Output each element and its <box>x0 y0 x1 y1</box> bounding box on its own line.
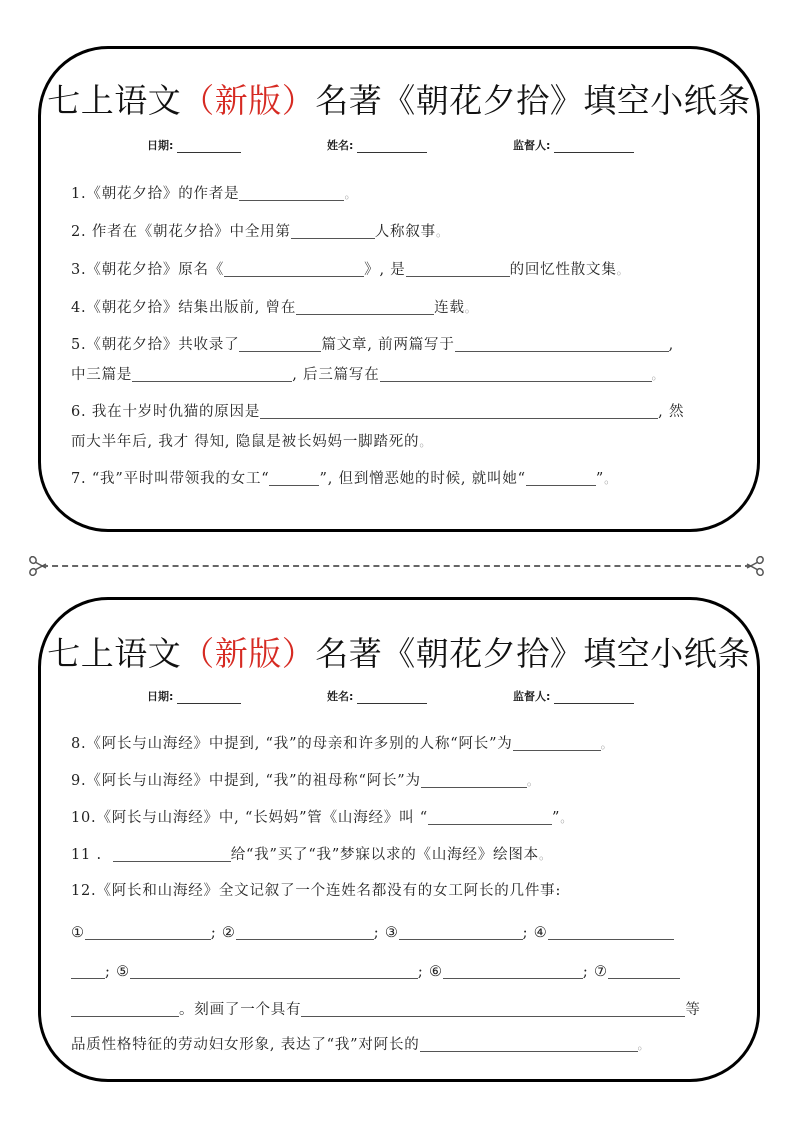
q12-blank-traits[interactable] <box>301 998 685 1017</box>
q9-period: 。 <box>527 774 540 788</box>
date-blank[interactable] <box>177 140 241 153</box>
question-12-line-4: 品质性格特征的劳动妇女形象, 表达了“我”对阿长的。 <box>71 1028 733 1063</box>
separator: ; <box>374 925 380 941</box>
meta-row: 日期: 姓名: 监督人: <box>41 137 757 155</box>
q7-text: 7. “我”平时叫带领我的女工“ <box>71 471 269 487</box>
q1-period: 。 <box>344 187 357 201</box>
q12-blank-7[interactable] <box>608 960 680 979</box>
q3-text-b: 》, 是 <box>364 262 405 278</box>
q12-blank-6[interactable] <box>443 960 583 979</box>
q12-period: 。 <box>638 1038 651 1052</box>
q3-period: 。 <box>617 263 630 277</box>
question-12-line-1: ①; ②; ③; ④ <box>71 916 733 951</box>
q12-text-etc: 等 <box>685 1002 700 1018</box>
cut-line-divider <box>28 556 765 576</box>
supervisor-label: 监督人: <box>513 690 550 703</box>
date-field[interactable]: 日期: <box>147 137 241 153</box>
q12-text-depict: 。刻画了一个具有 <box>179 1002 301 1018</box>
card-title: 七上语文（新版）名著《朝花夕拾》填空小纸条 <box>41 628 757 675</box>
q5-blank-1[interactable] <box>239 333 321 352</box>
name-field[interactable]: 姓名: <box>327 688 427 704</box>
q12-blank-5[interactable] <box>130 960 418 979</box>
date-label: 日期: <box>147 690 173 703</box>
q5-text-e: , 后三篇写在 <box>292 367 379 383</box>
question-6: 6. 我在十岁时仇猫的原因是, 然 而大半年后, 我才 得知, 隐鼠是被长妈妈一… <box>71 397 733 457</box>
question-9: 9.《阿长与山海经》中提到, “我”的祖母称“阿长”为。 <box>71 764 733 799</box>
q3-text: 3.《朝花夕拾》原名《 <box>71 262 224 278</box>
q12-blank-feeling[interactable] <box>420 1033 638 1052</box>
question-12-line-3: 。刻画了一个具有等 <box>71 993 733 1028</box>
separator: ; <box>583 964 589 980</box>
scissors-icon <box>28 556 48 576</box>
date-field[interactable]: 日期: <box>147 688 241 704</box>
dashed-line <box>42 565 751 567</box>
q12-text-express: 品质性格特征的劳动妇女形象, 表达了“我”对阿长的 <box>71 1037 420 1053</box>
q4-text: 4.《朝花夕拾》结集出版前, 曾在 <box>71 300 296 316</box>
q2-period: 。 <box>436 225 449 239</box>
q12-blank-2[interactable] <box>236 921 374 940</box>
q5-text-b: 篇文章, 前两篇写于 <box>321 337 454 353</box>
q7-period: 。 <box>604 472 617 486</box>
q12-blank-7-cont[interactable] <box>71 998 179 1017</box>
q11-blank[interactable] <box>113 843 231 862</box>
mark-5: ⑤ <box>116 964 130 980</box>
q7-text-b: ”, 但到憎恶她的时候, 就叫她“ <box>319 471 525 487</box>
q5-blank-4[interactable] <box>380 363 652 382</box>
q8-text: 8.《阿长与山海经》中提到, “我”的母亲和许多别的人称“阿长”为 <box>71 736 513 752</box>
q12-intro: 12.《阿长和山海经》全文记叙了一个连姓名都没有的女工阿长的几件事: <box>71 883 561 899</box>
q5-period: 。 <box>652 368 665 382</box>
title-prefix: 七上语文 <box>47 81 181 120</box>
question-7: 7. “我”平时叫带领我的女工“”, 但到憎恶她的时候, 就叫她“”。 <box>71 462 733 497</box>
question-8: 8.《阿长与山海经》中提到, “我”的母亲和许多别的人称“阿长”为。 <box>71 727 733 762</box>
question-12-line-2: ; ⑤; ⑥; ⑦ <box>71 955 733 990</box>
supervisor-field[interactable]: 监督人: <box>513 137 634 153</box>
title-new-edition: （新版） <box>181 81 315 120</box>
q9-blank[interactable] <box>421 769 527 788</box>
question-2: 2. 作者在《朝花夕拾》中全用第人称叙事。 <box>71 215 733 250</box>
name-field[interactable]: 姓名: <box>327 137 427 153</box>
title-suffix: 名著《朝花夕拾》填空小纸条 <box>315 81 751 120</box>
separator: ; <box>105 964 111 980</box>
q2-text-b: 人称叙事 <box>375 224 436 240</box>
supervisor-field[interactable]: 监督人: <box>513 688 634 704</box>
q5-text-c: , <box>669 337 674 353</box>
separator: ; <box>523 925 529 941</box>
q1-blank[interactable] <box>239 182 344 201</box>
q1-text: 1.《朝花夕拾》的作者是 <box>71 186 239 202</box>
question-4: 4.《朝花夕拾》结集出版前, 曾在连载。 <box>71 291 733 326</box>
question-11: 11 . 给“我”买了“我”梦寐以求的《山海经》绘图本。 <box>71 838 733 873</box>
q4-blank[interactable] <box>296 296 434 315</box>
separator: ; <box>211 925 217 941</box>
mark-7: ⑦ <box>594 964 608 980</box>
title-prefix: 七上语文 <box>47 634 181 673</box>
name-blank[interactable] <box>357 691 427 704</box>
q9-text: 9.《阿长与山海经》中提到, “我”的祖母称“阿长”为 <box>71 773 421 789</box>
name-blank[interactable] <box>357 140 427 153</box>
q5-blank-3[interactable] <box>132 363 292 382</box>
q3-blank-2[interactable] <box>406 258 510 277</box>
q5-blank-2[interactable] <box>455 333 669 352</box>
worksheet-card-1: 七上语文（新版）名著《朝花夕拾》填空小纸条 日期: 姓名: 监督人: 1.《朝花… <box>38 46 760 532</box>
mark-1: ① <box>71 925 85 941</box>
q3-blank-1[interactable] <box>224 258 364 277</box>
q12-blank-1[interactable] <box>85 921 211 940</box>
worksheet-card-2: 七上语文（新版）名著《朝花夕拾》填空小纸条 日期: 姓名: 监督人: 8.《阿长… <box>38 597 760 1082</box>
q6-blank[interactable] <box>260 400 658 419</box>
q6-text-c: 而大半年后, 我才 得知, 隐鼠是被长妈妈一脚踏死的 <box>71 434 419 450</box>
q6-text-b: , 然 <box>658 404 684 420</box>
question-3: 3.《朝花夕拾》原名《》, 是的回忆性散文集。 <box>71 253 733 288</box>
card-title: 七上语文（新版）名著《朝花夕拾》填空小纸条 <box>41 75 757 122</box>
mark-3: ③ <box>385 925 399 941</box>
title-suffix: 名著《朝花夕拾》填空小纸条 <box>315 634 751 673</box>
q10-blank[interactable] <box>428 806 552 825</box>
q10-period: 。 <box>560 811 573 825</box>
question-10: 10.《阿长与山海经》中, “长妈妈”管《山海经》叫 “”。 <box>71 801 733 836</box>
supervisor-label: 监督人: <box>513 139 550 152</box>
separator: ; <box>418 964 424 980</box>
supervisor-blank[interactable] <box>554 691 634 704</box>
q4-text-b: 连载 <box>434 300 465 316</box>
date-blank[interactable] <box>177 691 241 704</box>
q8-blank[interactable] <box>513 732 601 751</box>
q6-text: 6. 我在十岁时仇猫的原因是 <box>71 404 260 420</box>
scissors-icon <box>745 556 765 576</box>
q11-text: 11 . <box>71 847 102 863</box>
q8-period: 。 <box>601 737 614 751</box>
q5-text: 5.《朝花夕拾》共收录了 <box>71 337 239 353</box>
q7-blank-2[interactable] <box>526 467 596 486</box>
q4-period: 。 <box>465 301 478 315</box>
mark-6: ⑥ <box>429 964 443 980</box>
title-new-edition: （新版） <box>181 634 315 673</box>
supervisor-blank[interactable] <box>554 140 634 153</box>
q10-text: 10.《阿长与山海经》中, “长妈妈”管《山海经》叫 “ <box>71 810 428 826</box>
question-12: 12.《阿长和山海经》全文记叙了一个连姓名都没有的女工阿长的几件事: <box>71 874 733 909</box>
question-1: 1.《朝花夕拾》的作者是。 <box>71 177 733 212</box>
q12-blank-4-cont[interactable] <box>71 960 105 979</box>
q12-blank-3[interactable] <box>399 921 523 940</box>
question-5: 5.《朝花夕拾》共收录了篇文章, 前两篇写于, 中三篇是, 后三篇写在。 <box>71 330 733 390</box>
q2-text: 2. 作者在《朝花夕拾》中全用第 <box>71 224 291 240</box>
date-label: 日期: <box>147 139 173 152</box>
q7-blank-1[interactable] <box>269 467 319 486</box>
q11-text-b: 给“我”买了“我”梦寐以求的《山海经》绘图本 <box>231 847 539 863</box>
q12-blank-4[interactable] <box>548 921 674 940</box>
name-label: 姓名: <box>327 139 353 152</box>
q5-text-d: 中三篇是 <box>71 367 132 383</box>
mark-4: ④ <box>534 925 548 941</box>
q7-text-c: ” <box>596 471 604 487</box>
q2-blank[interactable] <box>291 220 375 239</box>
q6-period: 。 <box>419 435 432 449</box>
q11-period: 。 <box>539 848 552 862</box>
q3-text-c: 的回忆性散文集 <box>510 262 617 278</box>
mark-2: ② <box>222 925 236 941</box>
meta-row: 日期: 姓名: 监督人: <box>41 688 757 706</box>
name-label: 姓名: <box>327 690 353 703</box>
